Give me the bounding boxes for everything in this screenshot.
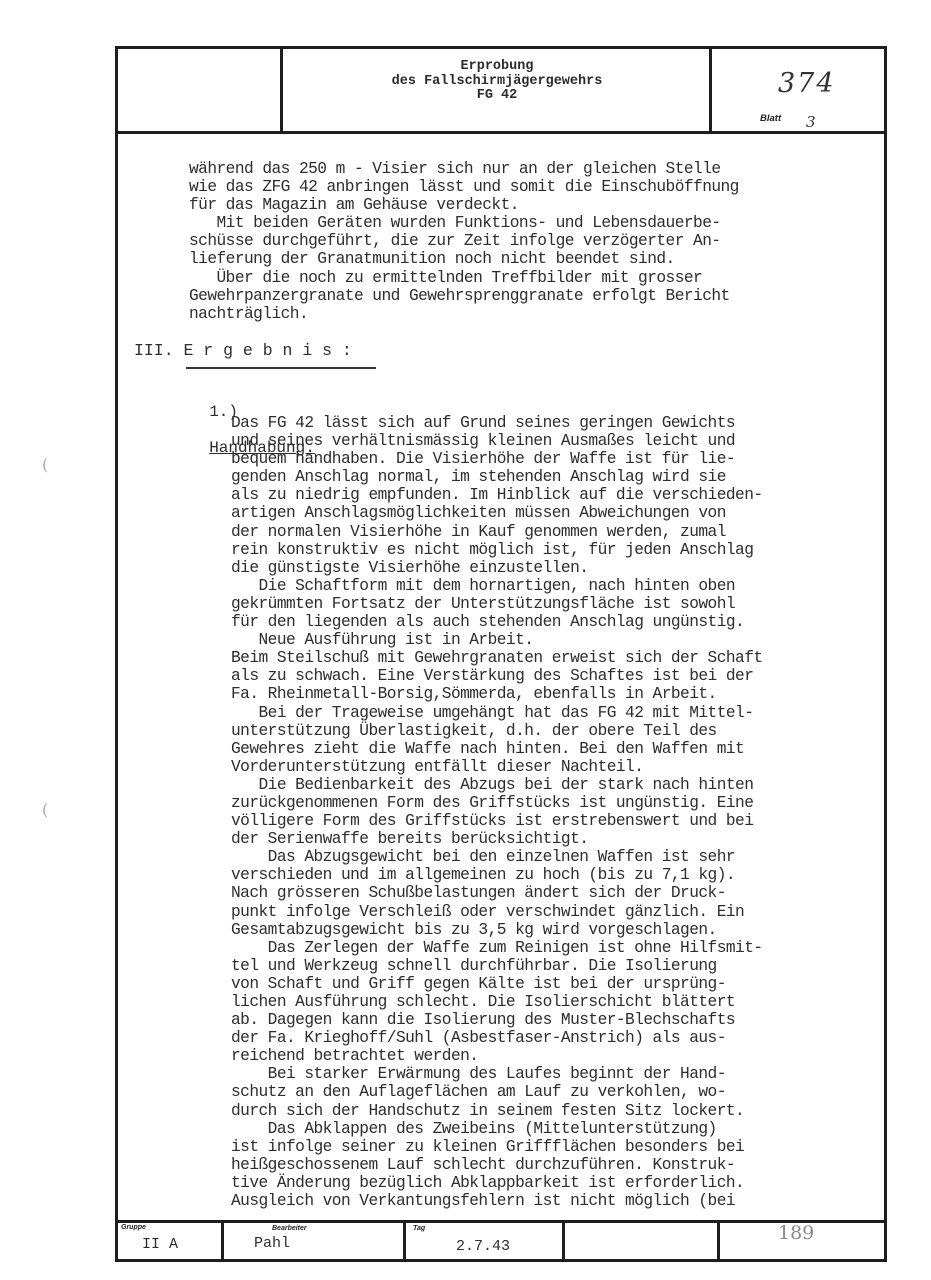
text-line: von Schaft und Griff gegen Kälte ist bei…: [231, 975, 763, 993]
text-line: nachträglich.: [189, 305, 739, 323]
text-line: und seines verhältnismässig kleinen Ausm…: [231, 432, 763, 450]
text-line: bequem handhaben. Die Visierhöhe der Waf…: [231, 450, 763, 468]
text-line: Bei starker Erwärmung des Laufes beginnt…: [231, 1065, 763, 1083]
text-line: schutz an den Auflageflächen am Lauf zu …: [231, 1083, 763, 1101]
handwritten-page-number: 374: [778, 68, 836, 99]
footer-col-divider-4: [717, 1220, 720, 1262]
text-line: als zu schwach. Eine Verstärkung des Sch…: [231, 667, 763, 685]
results-paragraphs: Das FG 42 lässt sich auf Grund seines ge…: [231, 414, 763, 1210]
text-line: Neue Ausführung ist in Arbeit.: [231, 631, 763, 649]
date-label: Tag: [413, 1225, 425, 1232]
group-label: Gruppe: [121, 1224, 146, 1231]
text-line: lieferung der Granatmunition noch nicht …: [189, 250, 739, 268]
sheet-number: 3: [806, 113, 816, 131]
text-line: lichen Ausführung schlecht. Die Isoliers…: [231, 993, 763, 1011]
text-line: durch sich der Handschutz in seinem fest…: [231, 1102, 763, 1120]
text-line: Mit beiden Geräten wurden Funktions- und…: [189, 214, 739, 232]
footer-col-divider-2: [403, 1220, 406, 1262]
text-line: heißgeschossenem Lauf schlecht durchzufü…: [231, 1156, 763, 1174]
date-value: 2.7.43: [456, 1238, 510, 1255]
author-value: Pahl: [254, 1235, 290, 1252]
text-line: Das Zerlegen der Waffe zum Reinigen ist …: [231, 939, 763, 957]
text-line: wie das ZFG 42 anbringen lässt und somit…: [189, 178, 739, 196]
text-line: für das Magazin am Gehäuse verdeckt.: [189, 196, 739, 214]
text-line: punkt infolge Verschleiß oder verschwind…: [231, 903, 763, 921]
text-line: Gewehres zieht die Waffe nach hinten. Be…: [231, 740, 763, 758]
text-line: die günstigste Visierhöhe einzustellen.: [231, 559, 763, 577]
text-line: zurückgenommenen Form des Griffstücks is…: [231, 794, 763, 812]
text-line: Die Bedienbarkeit des Abzugs bei der sta…: [231, 776, 763, 794]
text-line: gekrümmten Fortsatz der Unterstützungsfl…: [231, 595, 763, 613]
text-line: rein konstruktiv es nicht möglich ist, f…: [231, 541, 763, 559]
section-heading: III. E r g e b n i s :: [134, 341, 352, 360]
text-line: verschieden und im allgemeinen zu hoch (…: [231, 866, 763, 884]
text-line: schüsse durchgeführt, die zur Zeit infol…: [189, 232, 739, 250]
text-line: Ausgleich von Verkantungsfehlern ist nic…: [231, 1192, 763, 1210]
sheet-label: Blatt: [760, 113, 781, 124]
footer-divider: [115, 1220, 887, 1223]
text-line: Das FG 42 lässt sich auf Grund seines ge…: [231, 414, 763, 432]
text-line: der Fa. Krieghoff/Suhl (Asbestfaser-Anst…: [231, 1029, 763, 1047]
text-line: ist infolge seiner zu kleinen Grifffläch…: [231, 1138, 763, 1156]
text-line: der Serienwaffe bereits berücksichtigt.: [231, 830, 763, 848]
text-line: Über die noch zu ermittelnden Treffbilde…: [189, 269, 739, 287]
header-col-divider-left: [280, 46, 283, 134]
text-line: völligere Form des Griffstücks ist erstr…: [231, 812, 763, 830]
text-line: Nach grösseren Schußbelastungen ändert s…: [231, 884, 763, 902]
text-line: Das Abzugsgewicht bei den einzelnen Waff…: [231, 848, 763, 866]
footer-col-divider-1: [221, 1220, 224, 1262]
text-line: unterstützung Überlastigkeit, d.h. der o…: [231, 722, 763, 740]
header-divider: [115, 131, 887, 134]
title-line-1: Erprobung: [284, 60, 710, 75]
text-line: genden Anschlag normal, im stehenden Ans…: [231, 468, 763, 486]
text-line: Gesamtabzugsgewicht bis zu 3,5 kg wird v…: [231, 921, 763, 939]
text-line: tel und Werkzeug schnell durchführbar. D…: [231, 957, 763, 975]
text-line: Beim Steilschuß mit Gewehrgranaten erwei…: [231, 649, 763, 667]
handwritten-footer-number: 189: [778, 1222, 814, 1244]
text-line: ab. Dagegen kann die Isolierung des Must…: [231, 1011, 763, 1029]
group-value: II A: [142, 1236, 178, 1253]
text-line: reichend betrachtet werden.: [231, 1047, 763, 1065]
text-line: Die Schaftform mit dem hornartigen, nach…: [231, 577, 763, 595]
text-line: Das Abklappen des Zweibeins (Mittelunter…: [231, 1120, 763, 1138]
text-line: als zu niedrig empfunden. Im Hinblick au…: [231, 486, 763, 504]
section-heading-underline: [186, 367, 376, 369]
document-title: Erprobung des Fallschirmjägergewehrs FG …: [284, 60, 710, 104]
author-label: Bearbeiter: [272, 1225, 307, 1232]
margin-mark: (: [42, 800, 48, 819]
text-line: Fa. Rheinmetall-Borsig,Sömmerda, ebenfal…: [231, 685, 763, 703]
text-line: Gewehrpanzergranate und Gewehrsprenggran…: [189, 287, 739, 305]
text-line: Bei der Trageweise umgehängt hat das FG …: [231, 704, 763, 722]
text-line: der normalen Visierhöhe in Kauf genommen…: [231, 523, 763, 541]
margin-mark: (: [42, 455, 48, 474]
footer-col-divider-3: [562, 1220, 565, 1262]
text-line: tive Änderung bezüglich Abklappbarkeit i…: [231, 1174, 763, 1192]
text-line: während das 250 m - Visier sich nur an d…: [189, 160, 739, 178]
text-line: Vorderunterstützung entfällt dieser Nach…: [231, 758, 763, 776]
text-line: für den liegenden als auch stehenden Ans…: [231, 613, 763, 631]
intro-paragraphs: während das 250 m - Visier sich nur an d…: [189, 160, 739, 323]
title-line-2: des Fallschirmjägergewehrs: [284, 75, 710, 90]
title-line-3: FG 42: [284, 89, 710, 104]
text-line: artigen Anschlagsmöglichkeiten müssen Ab…: [231, 504, 763, 522]
